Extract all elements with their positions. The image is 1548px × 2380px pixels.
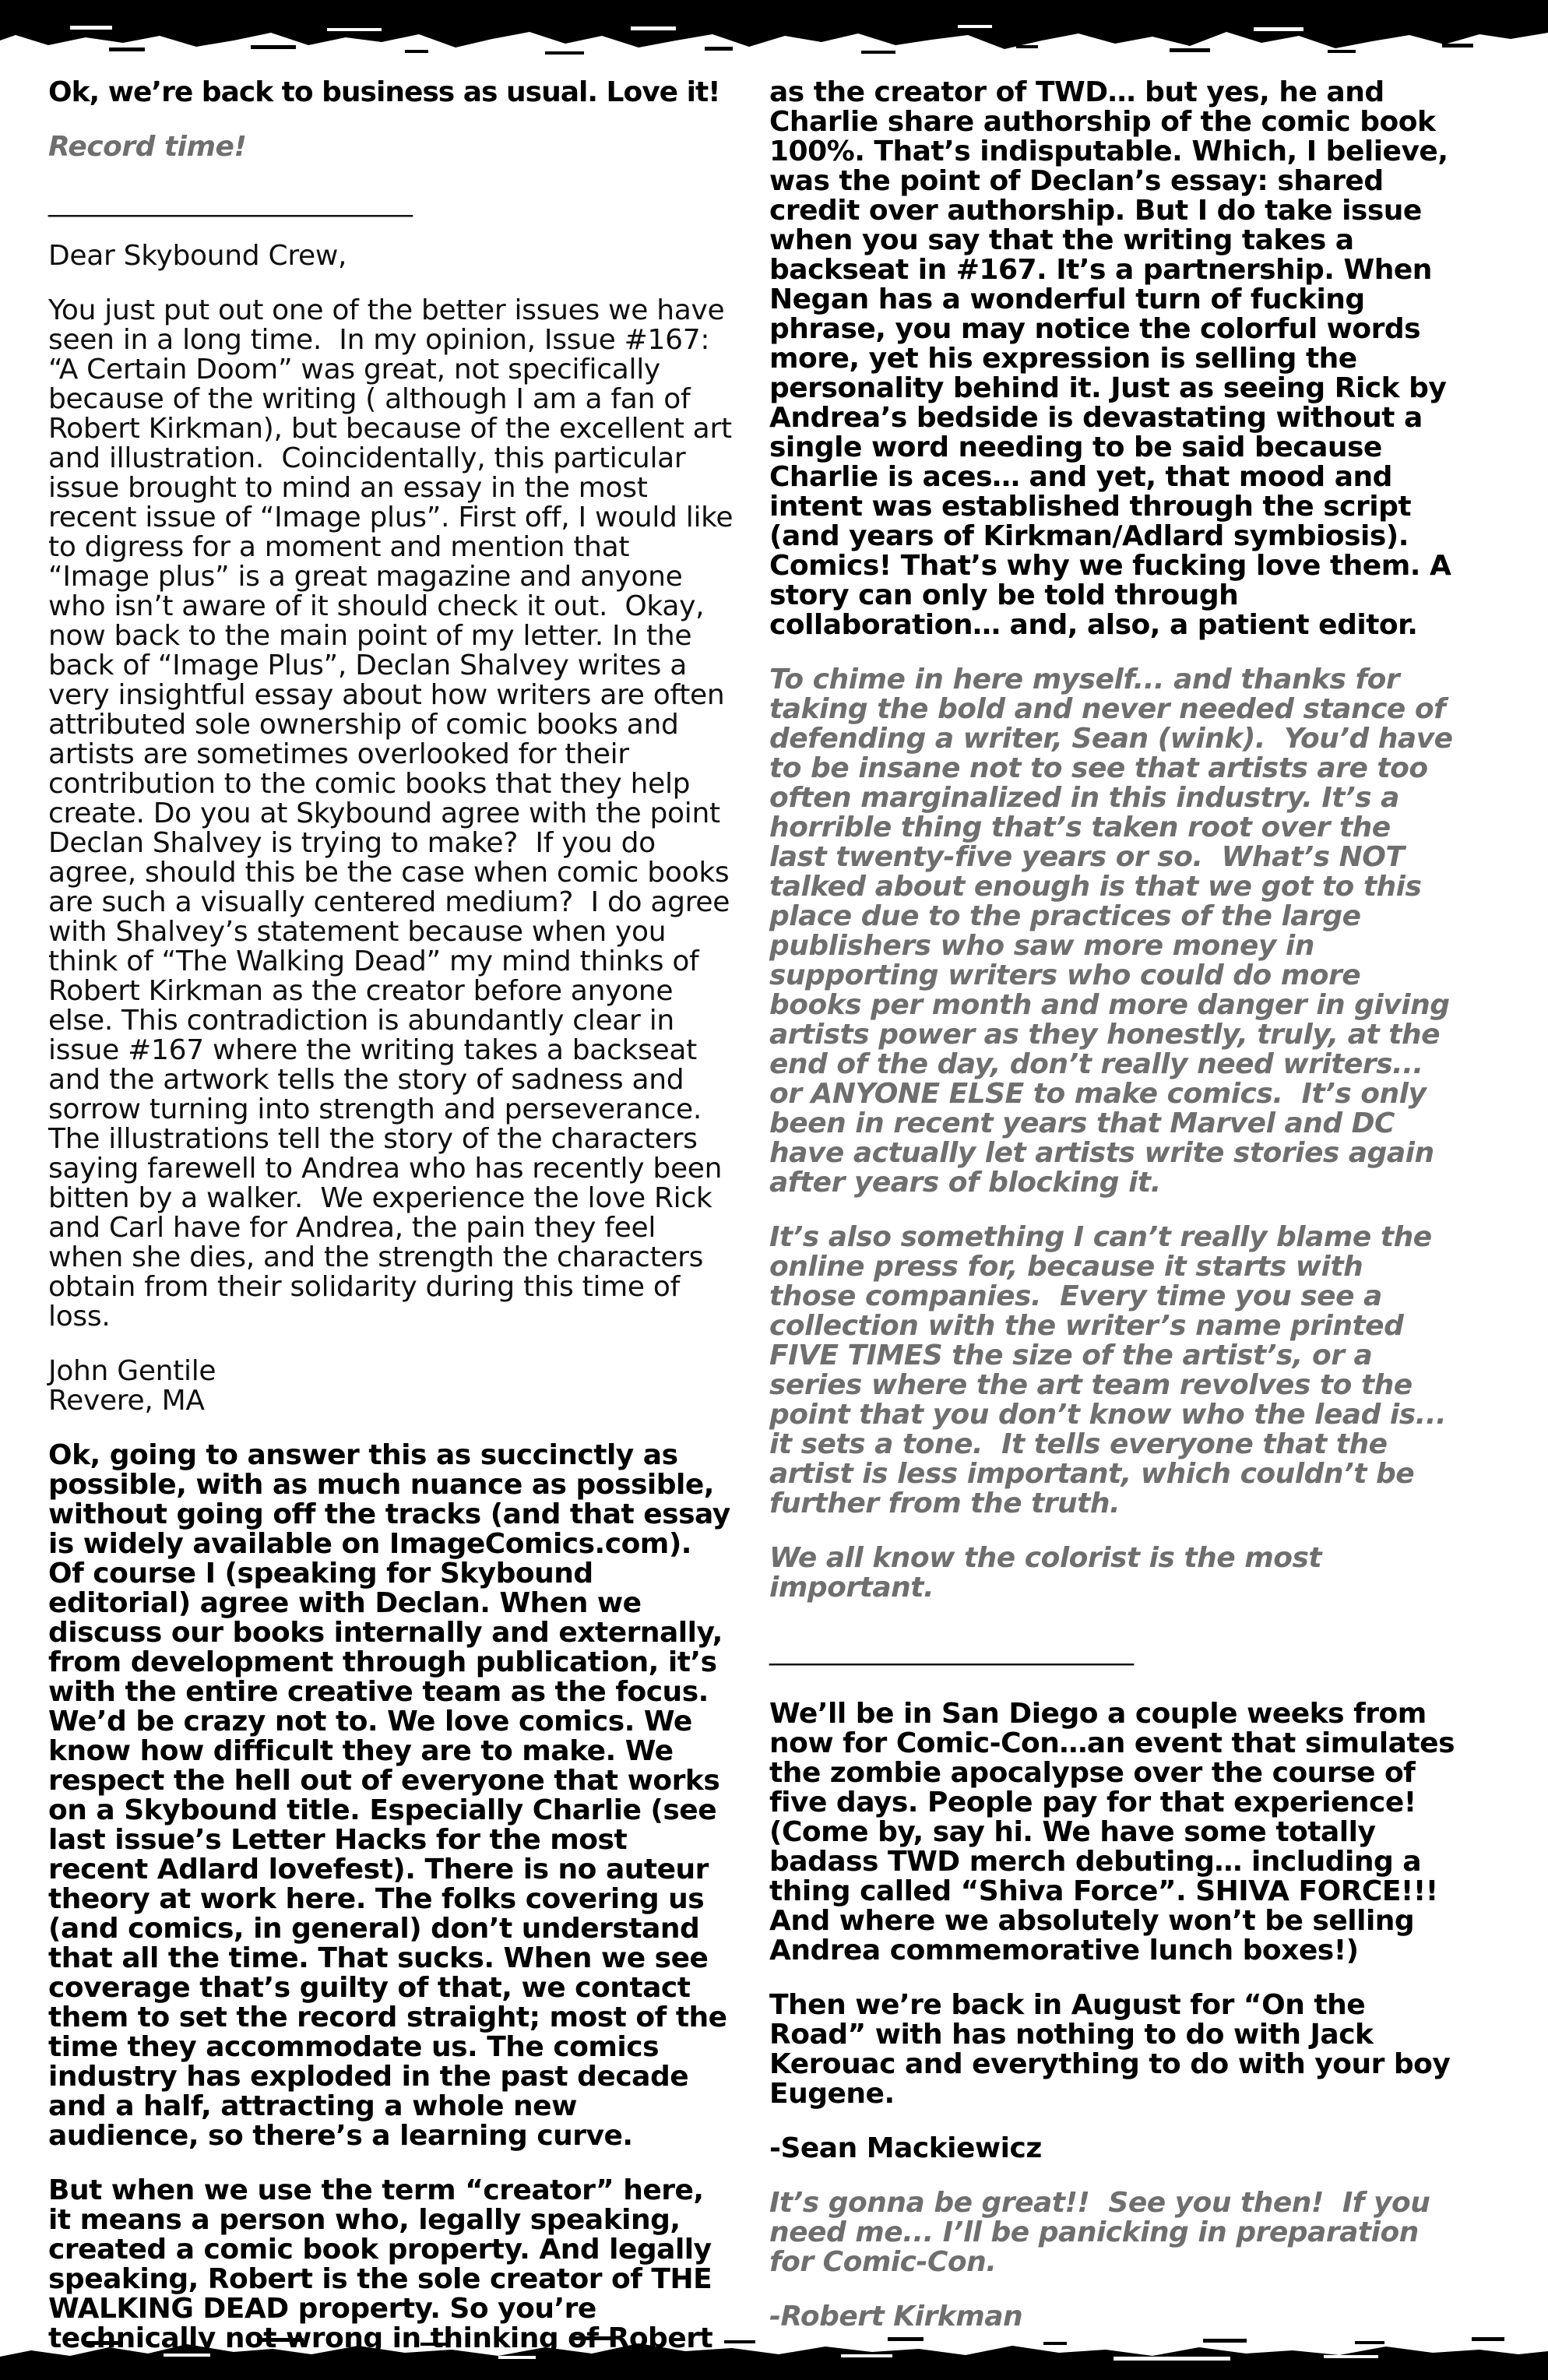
kirkman-response-2: It’s also something I can’t really blame… (769, 1223, 1455, 1519)
divider: __________________________ (48, 187, 734, 217)
kirkman-quip: We all know the colorist is the most imp… (769, 1544, 1455, 1603)
editor-august-note: Then we’re back in August for “On the Ro… (769, 1991, 1455, 2109)
divider: __________________________ (769, 1635, 1455, 1665)
record-time-note: Record time! (48, 132, 734, 162)
editor-response-1: Ok, going to answer this as succinctly a… (48, 1441, 734, 2151)
headline: Ok, we’re back to business as usual. Lov… (48, 78, 734, 107)
letters-page: { "page": { "background": "#ffffff", "bo… (0, 0, 1548, 2380)
bottom-bar-specks (86, 2336, 1504, 2346)
letter-body: You just put out one of the better issue… (48, 296, 734, 1332)
editor-announcement: We’ll be in San Diego a couple weeks fro… (769, 1699, 1455, 1966)
left-column: Ok, we’re back to business as usual. Lov… (48, 78, 734, 2378)
editor-response-3: as the creator of TWD… but yes, he and C… (769, 78, 1455, 640)
letter-salutation: Dear Skybound Crew, (48, 241, 734, 271)
bottom-torn-bar (0, 2330, 1548, 2380)
editor-response-2: But when we use the term “creator” here,… (48, 2176, 734, 2354)
kirkman-response-1: To chime in here myself... and thanks fo… (769, 665, 1455, 1198)
right-column: as the creator of TWD… but yes, he and C… (769, 78, 1455, 2378)
letter-signature: John Gentile Revere, MA (48, 1357, 734, 1416)
top-torn-bar (0, 0, 1548, 56)
kirkman-signature: -Robert Kirkman (769, 2302, 1455, 2332)
top-bar-specks (109, 44, 1473, 55)
letters-columns: Ok, we’re back to business as usual. Lov… (48, 78, 1517, 2378)
kirkman-closing: It’s gonna be great!! See you then! If y… (769, 2188, 1455, 2277)
sean-signature: -Sean Mackiewicz (769, 2134, 1455, 2163)
